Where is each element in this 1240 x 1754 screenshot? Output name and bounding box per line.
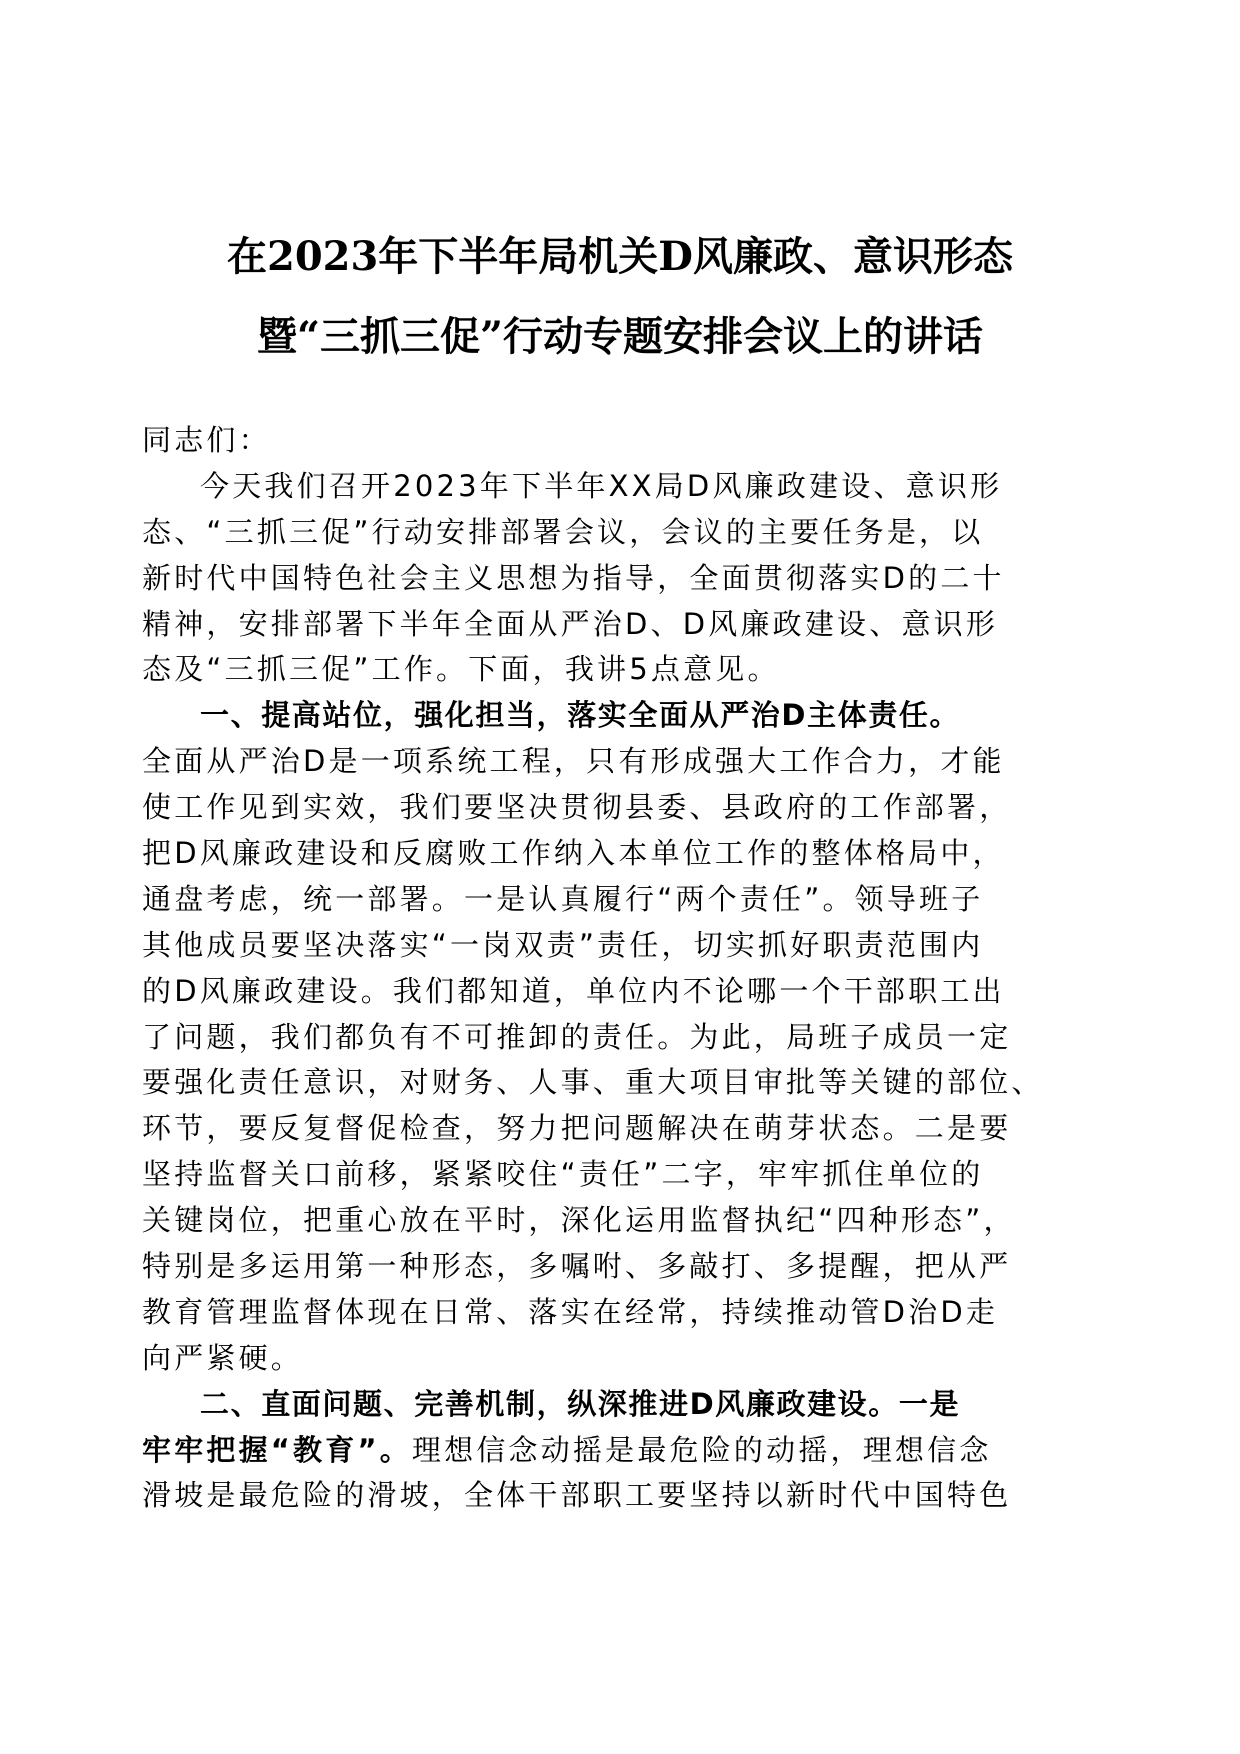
document-title-line-2: 暨“三抓三促”行动专题安排会议上的讲话 [140,312,1100,362]
body-line: 把D风廉政建设和反腐败工作纳入本单位工作的整体格局中， [142,831,972,877]
body-line: 了问题，我们都负有不可推卸的责任。为此，局班子成员一定 [142,1015,972,1061]
subheading-bold: 牢牢把握“教育”。 [142,1433,412,1467]
body-line: 向严紧硬。 [142,1336,972,1382]
body-line: 环节，要反复督促检查，努力把问题解决在萌芽状态。二是要 [142,1106,972,1152]
body-line: 通盘考虑，统一部署。一是认真履行“两个责任”。领导班子 [142,877,972,923]
section-heading-1: 一、提高站位，强化担当，落实全面从严治D主体责任。 [142,693,972,739]
salutation: 同志们： [142,418,972,464]
document-body: 同志们： 今天我们召开2023年下半年XX局D风廉政建设、意识形 态、“三抓三促… [142,418,972,1519]
body-line: 今天我们召开2023年下半年XX局D风廉政建设、意识形 [142,464,972,510]
body-line-mixed: 牢牢把握“教育”。理想信念动摇是最危险的动摇，理想信念 [142,1428,972,1474]
body-line: 滑坡是最危险的滑坡，全体干部职工要坚持以新时代中国特色 [142,1473,972,1519]
body-line: 全面从严治D是一项系统工程，只有形成强大工作合力，才能 [142,739,972,785]
body-line: 态及“三抓三促”工作。下面，我讲5点意见。 [142,647,972,693]
body-line: 新时代中国特色社会主义思想为指导，全面贯彻落实D的二十 [142,556,972,602]
body-line: 坚持监督关口前移，紧紧咬住“责任”二字，牢牢抓住单位的 [142,1152,972,1198]
body-line: 精神，安排部署下半年全面从严治D、D风廉政建设、意识形 [142,602,972,648]
section-heading-2: 二、直面问题、完善机制，纵深推进D风廉政建设。一是 [142,1382,972,1428]
body-line: 教育管理监督体现在日常、落实在经常，持续推动管D治D走 [142,1290,972,1336]
body-line: 特别是多运用第一种形态，多嘱咐、多敲打、多提醒，把从严 [142,1244,972,1290]
body-text: 理想信念动摇是最危险的动摇，理想信念 [412,1433,992,1467]
body-line: 的D风廉政建设。我们都知道，单位内不论哪一个干部职工出 [142,969,972,1015]
body-line: 要强化责任意识，对财务、人事、重大项目审批等关键的部位、 [142,1060,972,1106]
body-line: 关键岗位，把重心放在平时，深化运用监督执纪“四种形态”， [142,1198,972,1244]
body-line: 其他成员要坚决落实“一岗双责”责任，切实抓好职责范围内 [142,923,972,969]
body-line: 态、“三抓三促”行动安排部署会议，会议的主要任务是，以 [142,510,972,556]
document-page: 在2023年下半年局机关D风廉政、意识形态 暨“三抓三促”行动专题安排会议上的讲… [0,0,1240,1754]
body-line: 使工作见到实效，我们要坚决贯彻县委、县政府的工作部署， [142,785,972,831]
document-title-line-1: 在2023年下半年局机关D风廉政、意识形态 [140,232,1100,282]
